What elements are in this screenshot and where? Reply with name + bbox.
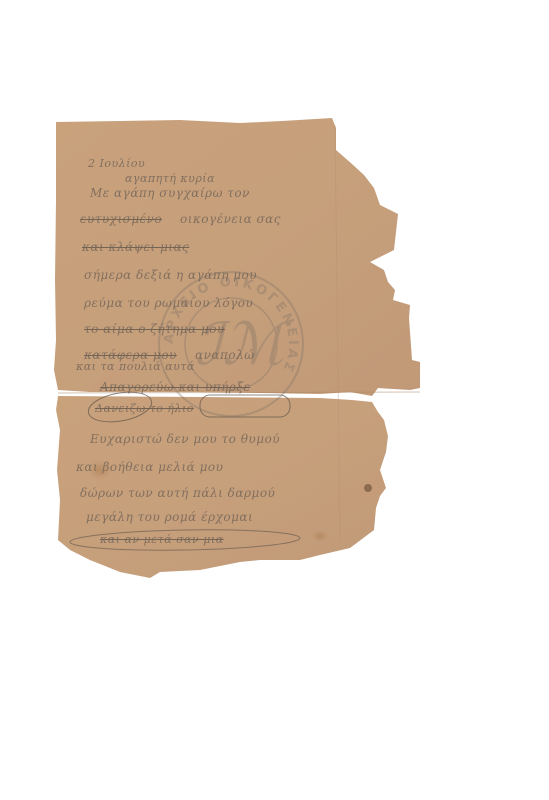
- handwritten-line-struck: το αίμα ο ζήτημα μου: [84, 322, 225, 336]
- handwritten-line: 2 Ιουλίου: [88, 157, 145, 170]
- handwritten-line-struck: Δανειζω το ήλιο: [95, 402, 194, 415]
- handwritten-line: Ευχαριστώ δεν μου το θυμού: [90, 432, 280, 446]
- handwritten-line: οικογένεια σας: [180, 212, 281, 226]
- handwritten-line-struck: ευτυχισμένο: [80, 212, 162, 226]
- handwritten-line-struck: Απαγορεύω και υπήρξε: [100, 380, 250, 394]
- handwritten-line: και τα πουλιά αυτά: [76, 360, 195, 373]
- handwritten-line-struck: και κλάψει μιας: [82, 240, 189, 254]
- handwritten-line: σήμερα δεξιά η αγάπη μου: [84, 268, 257, 282]
- handwritten-line-struck: και αν μετά σαν μια: [100, 533, 224, 546]
- handwritten-line: ρεύμα του ρωμαίου λόγου: [84, 296, 253, 310]
- handwritten-line: αναπολώ: [195, 348, 255, 362]
- document-scan: ΑΡΧΕΙΟ ΟΙΚΟΓΕΝΕΙΑΣ ℐℳ 2 Ιουλίου αγαπητή …: [0, 0, 549, 800]
- handwritten-line: Με αγάπη συγχαίρω τον: [90, 186, 250, 200]
- stamp-monogram: ℐℳ: [195, 310, 292, 378]
- handwritten-line: και βοήθεια μελιά μου: [76, 460, 223, 474]
- handwritten-line: μεγάλη του ρομά έρχομαι: [86, 510, 253, 524]
- handwritten-line: αγαπητή κυρία: [125, 172, 215, 185]
- archive-stamp: ΑΡΧΕΙΟ ΟΙΚΟΓΕΝΕΙΑΣ ℐℳ: [155, 268, 307, 420]
- handwritten-line: δώρων των αυτή πάλι δαρμού: [80, 486, 275, 500]
